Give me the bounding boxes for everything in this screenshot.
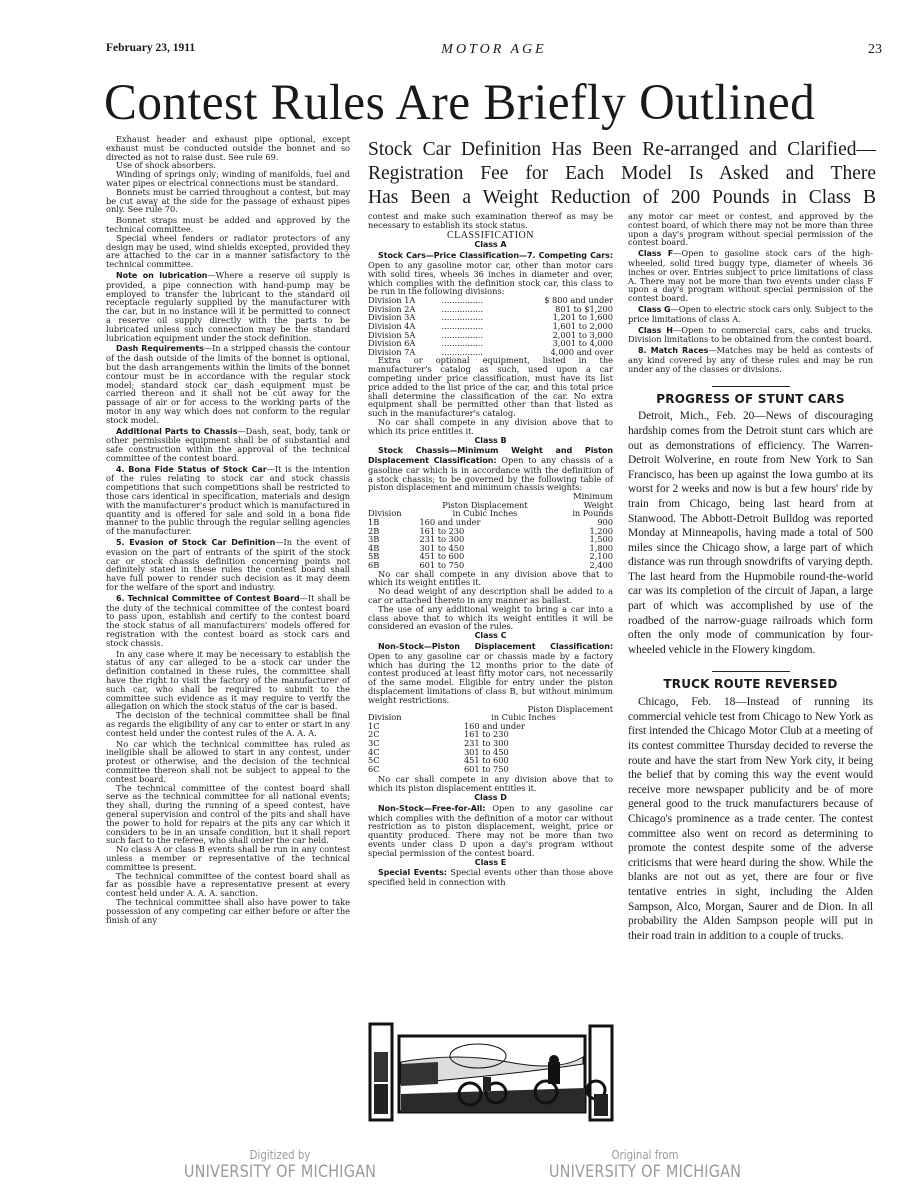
section-lead: Non-Stock—Piston Displacement Classifica… [378, 642, 613, 651]
class-a-intro: Stock Cars—Price Classification—7. Compe… [368, 251, 613, 296]
division-cell: 6C [368, 765, 434, 774]
class-d-heading: Class D [368, 794, 613, 803]
class-a-table: Division 1A................$ 800 and und… [368, 296, 613, 356]
section-lead: Additional Parts to Chassis [116, 427, 237, 436]
leader-dots: ................ [442, 331, 506, 340]
paragraph: Extra or optional equipment, listed in t… [368, 356, 613, 418]
class-e-heading: Class E [368, 859, 613, 868]
article-subhead: Stock Car Definition Has Been Re-arrange… [368, 138, 876, 210]
section-lead: Special Events: [378, 868, 447, 877]
leader-dots: ................ [442, 296, 506, 305]
paragraph-class-g: Class G—Open to electric stock cars only… [628, 305, 873, 324]
truck-route-article: Chicago, Feb. 18—Instead of running its … [628, 695, 873, 943]
motor-car-illustration [368, 1022, 614, 1122]
paragraph: Detroit, Mich., Feb. 20—News of discoura… [628, 409, 873, 657]
paragraph: Bonnets must be carried throughout a con… [106, 188, 350, 214]
paragraph-lubrication: Note on lubrication—Where a reserve oil … [106, 271, 350, 342]
displacement-cell: 451 to 600 [434, 756, 613, 765]
magazine-page: February 23, 1911 MOTOR AGE 23 Contest R… [0, 0, 914, 1200]
subhead-line: Registration Fee for Each Model Is Asked… [368, 162, 876, 186]
credit-institution: UNIVERSITY OF MICHIGAN [518, 1162, 773, 1182]
credit-label: Original from [518, 1148, 773, 1162]
paragraph-dash: Dash Requirements—In a stripped chassis … [106, 344, 350, 424]
paragraph: No car which the technical committee has… [106, 740, 350, 784]
section-lead: 6. Technical Committee of Contest Board [116, 594, 300, 603]
paragraph-additional: Additional Parts to Chassis—Dash, seat, … [106, 427, 350, 463]
running-head: February 23, 1911 MOTOR AGE 23 [106, 42, 882, 62]
paragraph: any motor car meet or contest, and appro… [628, 212, 873, 247]
classification-heading: CLASSIFICATION [368, 232, 613, 241]
section-divider [712, 671, 790, 672]
paragraph: Winding of springs only; winding of mani… [106, 170, 350, 188]
section-lead: Class F [638, 249, 673, 258]
section-divider [712, 386, 790, 387]
section-lead: Non-Stock—Free-for-All: [378, 804, 485, 813]
paragraph-rule-4: 4. Bona Fide Status of Stock Car—It is t… [106, 465, 350, 536]
class-c-intro: Non-Stock—Piston Displacement Classifica… [368, 642, 613, 705]
subhead-line: Stock Car Definition Has Been Re-arrange… [368, 138, 876, 162]
table-row: 5B451 to 6002,100 [368, 552, 613, 561]
paragraph: The technical committee of the contest b… [106, 784, 350, 846]
section-lead: Class G [638, 305, 671, 314]
publication-title: MOTOR AGE [106, 42, 882, 58]
paragraph: No class A or class B events shall be ru… [106, 845, 350, 871]
paragraph-rule-8: 8. Match Races—Matches may be held as co… [628, 346, 873, 373]
paragraph-text: —Where a reserve oil supply is provided,… [106, 270, 350, 343]
paragraph: Bonnet straps must be added and approved… [106, 216, 350, 234]
paragraph: contest and make such examination thereo… [368, 212, 613, 230]
displacement-cell: 231 to 300 [434, 739, 613, 748]
column-2: contest and make such examination thereo… [368, 212, 613, 887]
credit-institution: UNIVERSITY OF MICHIGAN [153, 1162, 408, 1182]
paragraph-class-f: Class F—Open to gasoline stock cars of t… [628, 249, 873, 303]
leader-dots: ................ [442, 313, 506, 322]
section-lead: Note on lubrication [116, 271, 207, 280]
table-row: 2B161 to 2301,200 [368, 527, 613, 536]
paragraph: Special wheel fenders or radiator protec… [106, 234, 350, 269]
paragraph-rule-6: 6. Technical Committee of Contest Board—… [106, 594, 350, 648]
table-header-row: Divisionin Cubic Inchesin Pounds [368, 509, 613, 518]
class-e-intro: Special Events: Special events other tha… [368, 868, 613, 887]
section-lead: 8. Match Races [638, 346, 708, 355]
displacement-cell: 160 and under [434, 722, 613, 731]
section-lead: Stock Cars—Price Classification—7. Compe… [378, 251, 613, 260]
column-1: Exhaust header and exhaust pipe optional… [106, 135, 350, 924]
leader-dots: ................ [442, 305, 506, 314]
paragraph-text: —In a stripped chassis the contour of th… [106, 343, 350, 424]
paragraph: Exhaust header and exhaust pipe optional… [106, 135, 350, 161]
original-from-credit: Original from UNIVERSITY OF MICHIGAN [495, 1148, 795, 1182]
stunt-cars-headline: PROGRESS OF STUNT CARS [628, 395, 873, 404]
page-number: 23 [868, 42, 882, 58]
paragraph: The decision of the technical committee … [106, 711, 350, 737]
leader-dots: ................ [442, 339, 506, 348]
paragraph: The technical committee of the contest b… [106, 872, 350, 898]
paragraph-rule-5: 5. Evasion of Stock Car Definition—In th… [106, 538, 350, 592]
section-lead: Dash Requirements [116, 344, 204, 353]
leader-dots: ................ [442, 322, 506, 331]
table-row: 6C601 to 750 [368, 765, 613, 774]
paragraph: The technical committee shall also have … [106, 898, 350, 924]
class-b-heading: Class B [368, 437, 613, 446]
column-3: any motor car meet or contest, and appro… [628, 212, 873, 943]
credit-label: Digitized by [153, 1148, 408, 1162]
paragraph: Chicago, Feb. 18—Instead of running its … [628, 695, 873, 943]
class-c-table: Piston Displacement Divisionin Cubic Inc… [368, 705, 613, 774]
digitized-by-credit: Digitized by UNIVERSITY OF MICHIGAN [130, 1148, 430, 1182]
displacement-cell: 601 to 750 [434, 765, 613, 774]
paragraph: No dead weight of any description shall … [368, 587, 613, 605]
paragraph-text: Open to any gasoline car or chassis made… [368, 651, 613, 705]
truck-route-headline: TRUCK ROUTE REVERSED [628, 680, 873, 689]
class-c-heading: Class C [368, 632, 613, 641]
article-headline: Contest Rules Are Briefly Outlined [104, 72, 874, 132]
class-d-intro: Non-Stock—Free-for-All: Open to any gaso… [368, 804, 613, 858]
paragraph-text: Open to any gasoline motor car, other th… [368, 260, 613, 296]
paragraph: In any case where it may be necessary to… [106, 650, 350, 712]
paragraph: No car shall compete in any division abo… [368, 570, 613, 588]
paragraph: No car shall compete in any division abo… [368, 775, 613, 793]
displacement-cell: 301 to 450 [434, 748, 613, 757]
section-lead: 4. Bona Fide Status of Stock Car [116, 465, 267, 474]
displacement-cell: 161 to 230 [434, 730, 613, 739]
section-lead: 5. Evasion of Stock Car Definition [116, 538, 275, 547]
paragraph: No car shall compete in any division abo… [368, 418, 613, 436]
table-row: 1B160 and under900 [368, 518, 613, 527]
class-b-table: Minimum Piston DisplacementWeight Divisi… [368, 492, 613, 569]
class-b-intro: Stock Chassis—Minimum Weight and Piston … [368, 446, 613, 492]
table-row: 4B301 to 4501,800 [368, 544, 613, 553]
paragraph: The use of any additional weight to brin… [368, 605, 613, 631]
class-a-heading: Class A [368, 241, 613, 250]
paragraph-text: —It is the intention of the rules relati… [106, 464, 350, 537]
paragraph-class-h: Class H—Open to commercial cars, cabs an… [628, 326, 873, 345]
stunt-cars-article: Detroit, Mich., Feb. 20—News of discoura… [628, 409, 873, 657]
section-lead: Class H [638, 326, 673, 335]
table-row: 3B231 to 3001,500 [368, 535, 613, 544]
subhead-line: Has Been a Weight Reduction of 200 Pound… [368, 186, 876, 210]
